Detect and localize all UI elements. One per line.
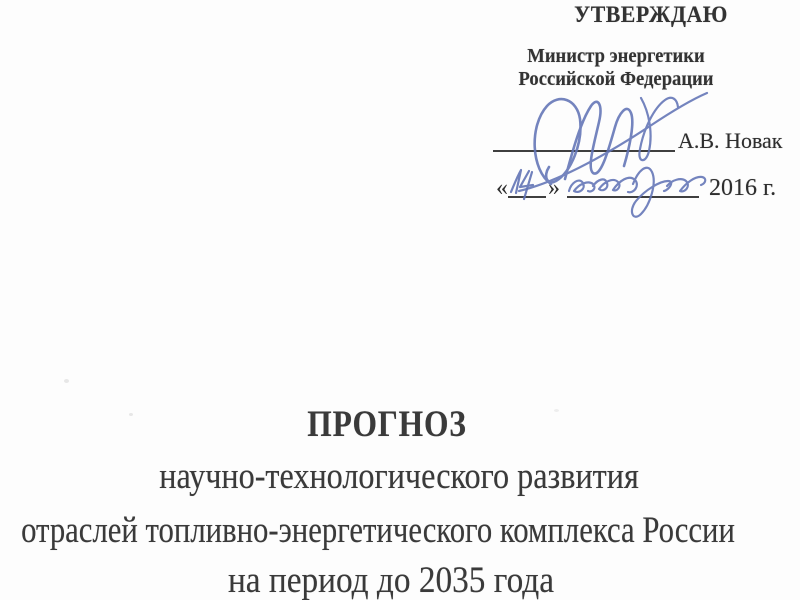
- date-open-quote: «: [496, 176, 508, 200]
- title-line-sectors: отраслей топливно-энергетического компле…: [21, 512, 735, 549]
- approver-title-block: Министр энергетики Российской Федерации: [519, 45, 714, 91]
- date-year: 2016 г.: [709, 176, 776, 200]
- approver-title-line1: Министр энергетики: [519, 45, 714, 68]
- title-line-period: на период до 2035 года: [228, 562, 554, 599]
- title-line-subject: научно-технологического развития: [159, 458, 639, 495]
- scan-speck: [64, 379, 69, 383]
- approver-title-line2: Российской Федерации: [519, 68, 714, 91]
- scan-speck: [554, 409, 559, 412]
- date-month-rule-line: [567, 174, 699, 198]
- date-close-quote: »: [548, 176, 560, 200]
- signature-rule-line: [493, 128, 675, 152]
- approval-heading: УТВЕРЖДАЮ: [574, 3, 728, 26]
- date-day-rule-line: [508, 174, 546, 198]
- approver-name: А.В. Новак: [678, 130, 783, 152]
- document-page: УТВЕРЖДАЮ Министр энергетики Российской …: [0, 0, 800, 600]
- title-line-prognoz: ПРОГНОЗ: [307, 406, 466, 443]
- scan-speck: [129, 413, 133, 416]
